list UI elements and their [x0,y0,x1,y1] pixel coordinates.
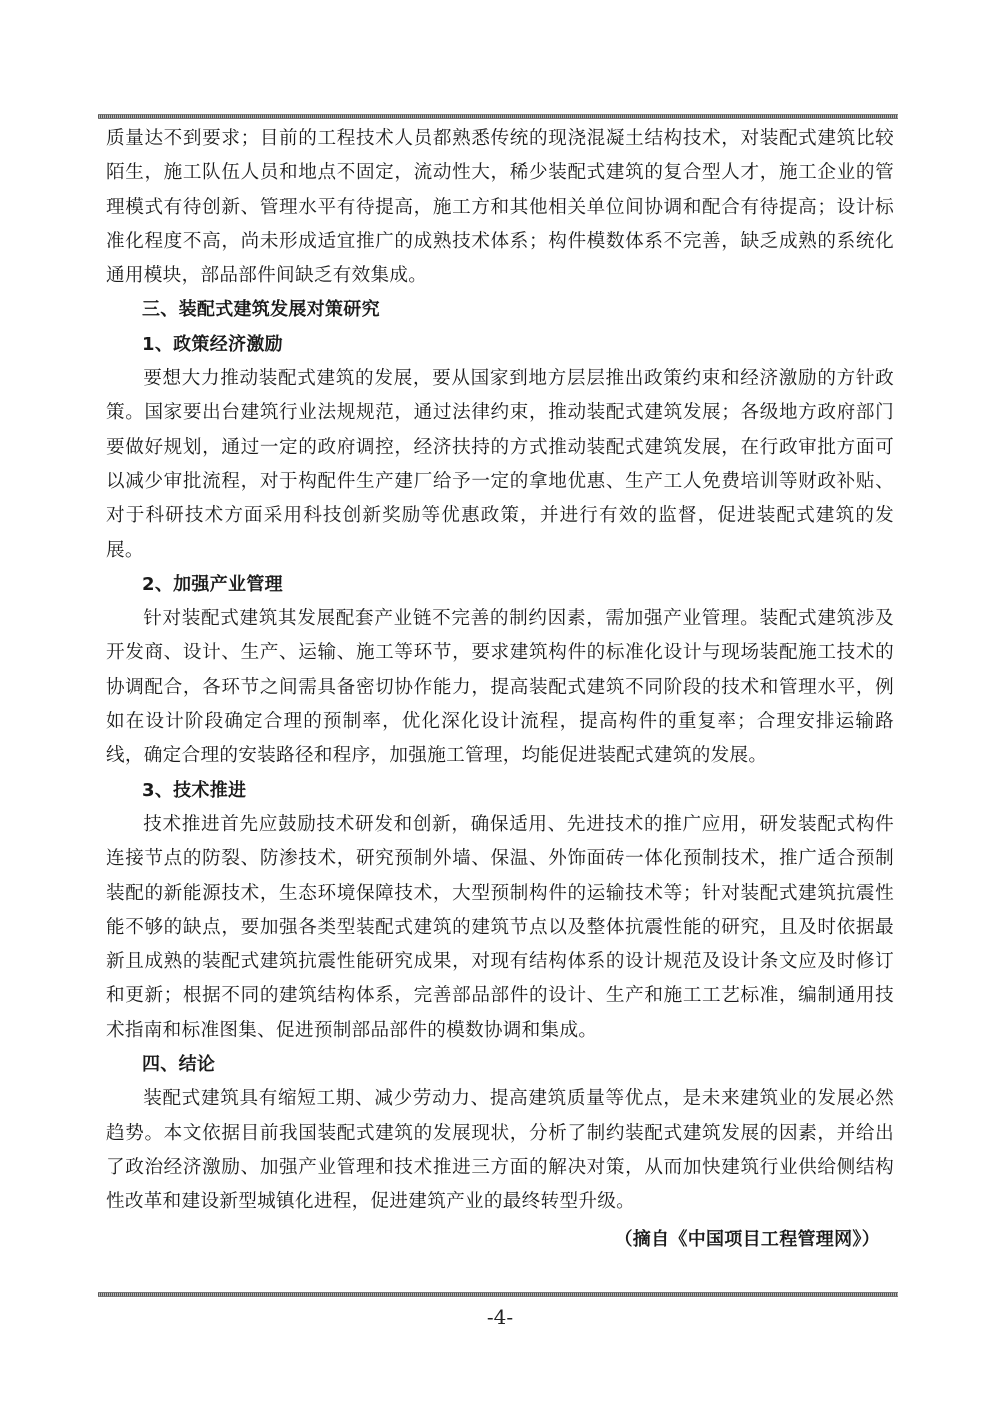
paragraph-conclusion: 装配式建筑具有缩短工期、减少劳动力、提高建筑质量等优点，是未来建筑业的发展必然趋… [106,1082,894,1219]
subsection-heading-policy: 1、政策经济激励 [106,328,894,362]
paragraph-technology: 技术推进首先应鼓励技术研发和创新，确保适用、先进技术的推广应用，研发装配式构件连… [106,808,894,1048]
top-divider-rule [98,114,898,119]
section-heading-conclusion: 四、结论 [106,1048,894,1082]
subsection-heading-technology: 3、技术推进 [106,774,894,808]
bottom-divider-rule [98,1292,898,1297]
page-number: -4- [0,1305,1000,1329]
section-heading-countermeasures: 三、装配式建筑发展对策研究 [106,293,894,327]
paragraph-industry: 针对装配式建筑其发展配套产业链不完善的制约因素，需加强产业管理。装配式建筑涉及开… [106,602,894,773]
subsection-heading-industry: 2、加强产业管理 [106,568,894,602]
continuation-paragraph: 质量达不到要求；目前的工程技术人员都熟悉传统的现浇混凝土结构技术，对装配式建筑比… [106,122,894,293]
document-body: 质量达不到要求；目前的工程技术人员都熟悉传统的现浇混凝土结构技术，对装配式建筑比… [106,122,894,1257]
paragraph-policy: 要想大力推动装配式建筑的发展，要从国家到地方层层推出政策约束和经济激励的方针政策… [106,362,894,568]
source-citation: （摘自《中国项目工程管理网》） [106,1223,894,1257]
